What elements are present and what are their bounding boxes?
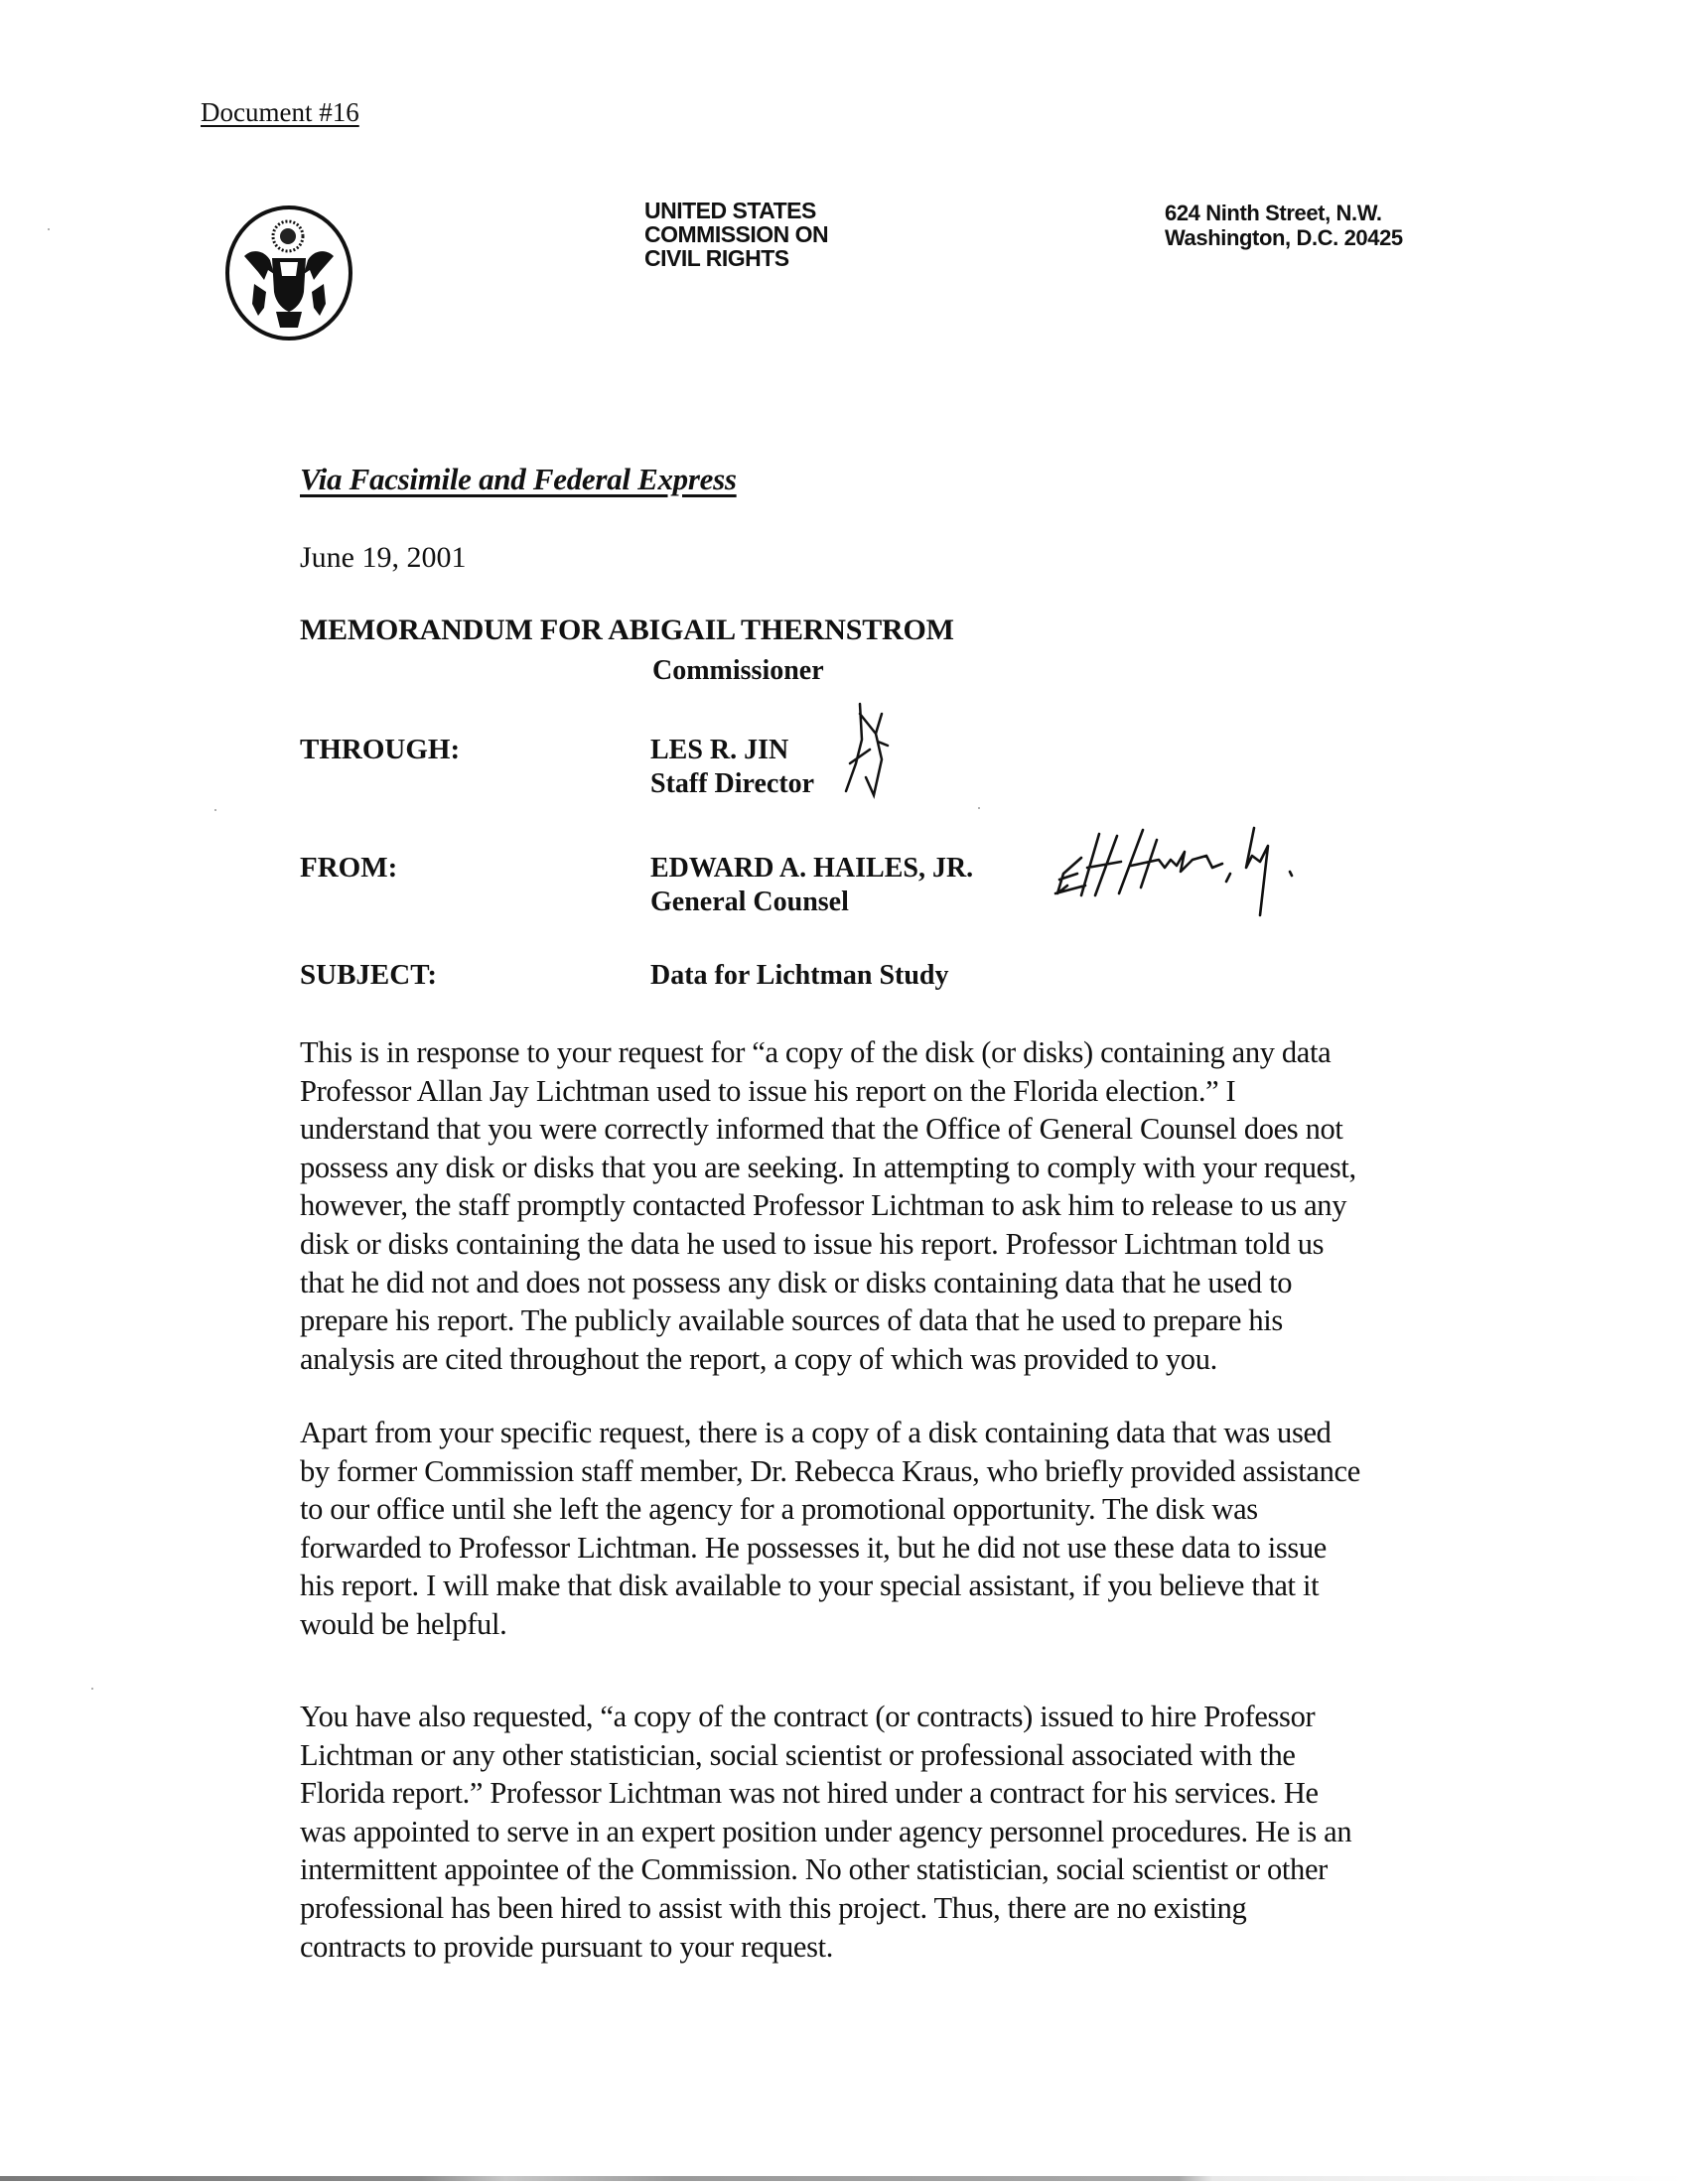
through-label: THROUGH:: [300, 734, 460, 766]
address-line: 624 Ninth Street, N.W.: [1165, 201, 1403, 225]
scan-speck: [214, 809, 216, 811]
body-line: by former Commission staff member, Dr. R…: [300, 1452, 1360, 1491]
body-line: You have also requested, “a copy of the …: [300, 1698, 1315, 1736]
body-line: professional has been hired to assist wi…: [300, 1889, 1246, 1928]
eagle-seal-icon: [224, 205, 353, 341]
agency-line: UNITED STATES: [644, 199, 828, 222]
memo-heading: MEMORANDUM FOR ABIGAIL THERNSTROM: [300, 614, 954, 647]
body-line: Apart from your specific request, there …: [300, 1414, 1332, 1452]
scan-speck: [48, 228, 50, 230]
initials-signature-icon: [830, 700, 900, 799]
scan-speck: [978, 807, 980, 809]
body-line: prepare his report. The publicly availab…: [300, 1301, 1283, 1340]
scan-edge-line: [0, 2176, 1684, 2181]
document-number: Document #16: [201, 97, 359, 128]
body-paragraph-2: Apart from your specific request, there …: [300, 1414, 1521, 1644]
body-line: analysis are cited throughout the report…: [300, 1340, 1217, 1379]
through-title: Staff Director: [650, 767, 814, 801]
from-block: EDWARD A. HAILES, JR. General Counsel: [650, 852, 973, 919]
body-line: possess any disk or disks that you are s…: [300, 1149, 1356, 1187]
subject-value: Data for Lichtman Study: [650, 959, 949, 993]
signature-icon: [1048, 816, 1345, 925]
agency-name: UNITED STATES COMMISSION ON CIVIL RIGHTS: [644, 199, 828, 270]
body-paragraph-3: You have also requested, “a copy of the …: [300, 1698, 1521, 1966]
body-paragraph-1: This is in response to your request for …: [300, 1033, 1521, 1378]
body-line: Professor Allan Jay Lichtman used to iss…: [300, 1072, 1235, 1111]
body-line: however, the staff promptly contacted Pr…: [300, 1186, 1346, 1225]
through-name: LES R. JIN: [650, 734, 814, 767]
from-title: General Counsel: [650, 886, 973, 919]
body-line: disk or disks containing the data he use…: [300, 1225, 1324, 1264]
body-line: understand that you were correctly infor…: [300, 1110, 1343, 1149]
scan-speck: [91, 1688, 93, 1690]
body-line: This is in response to your request for …: [300, 1033, 1331, 1072]
body-line: his report. I will make that disk availa…: [300, 1567, 1319, 1605]
through-block: LES R. JIN Staff Director: [650, 734, 814, 801]
body-line: would be helpful.: [300, 1605, 506, 1644]
body-line: that he did not and does not possess any…: [300, 1264, 1292, 1302]
body-line: to our office until she left the agency …: [300, 1490, 1258, 1529]
memo-date: June 19, 2001: [300, 541, 467, 575]
body-line: Lichtman or any other statistician, soci…: [300, 1736, 1296, 1775]
body-line: forwarded to Professor Lichtman. He poss…: [300, 1529, 1327, 1568]
recipient-title: Commissioner: [652, 655, 824, 687]
delivery-method: Via Facsimile and Federal Express: [300, 462, 737, 497]
body-line: contracts to provide pursuant to your re…: [300, 1928, 833, 1967]
body-line: Florida report.” Professor Lichtman was …: [300, 1774, 1319, 1813]
agency-address: 624 Ninth Street, N.W. Washington, D.C. …: [1165, 201, 1403, 250]
from-label: FROM:: [300, 852, 397, 885]
from-name: EDWARD A. HAILES, JR.: [650, 852, 973, 886]
address-line: Washington, D.C. 20425: [1165, 225, 1403, 250]
subject-label: SUBJECT:: [300, 959, 437, 992]
agency-line: COMMISSION ON: [644, 222, 828, 246]
body-line: was appointed to serve in an expert posi…: [300, 1813, 1351, 1851]
body-line: intermittent appointee of the Commission…: [300, 1850, 1328, 1889]
agency-line: CIVIL RIGHTS: [644, 246, 828, 270]
